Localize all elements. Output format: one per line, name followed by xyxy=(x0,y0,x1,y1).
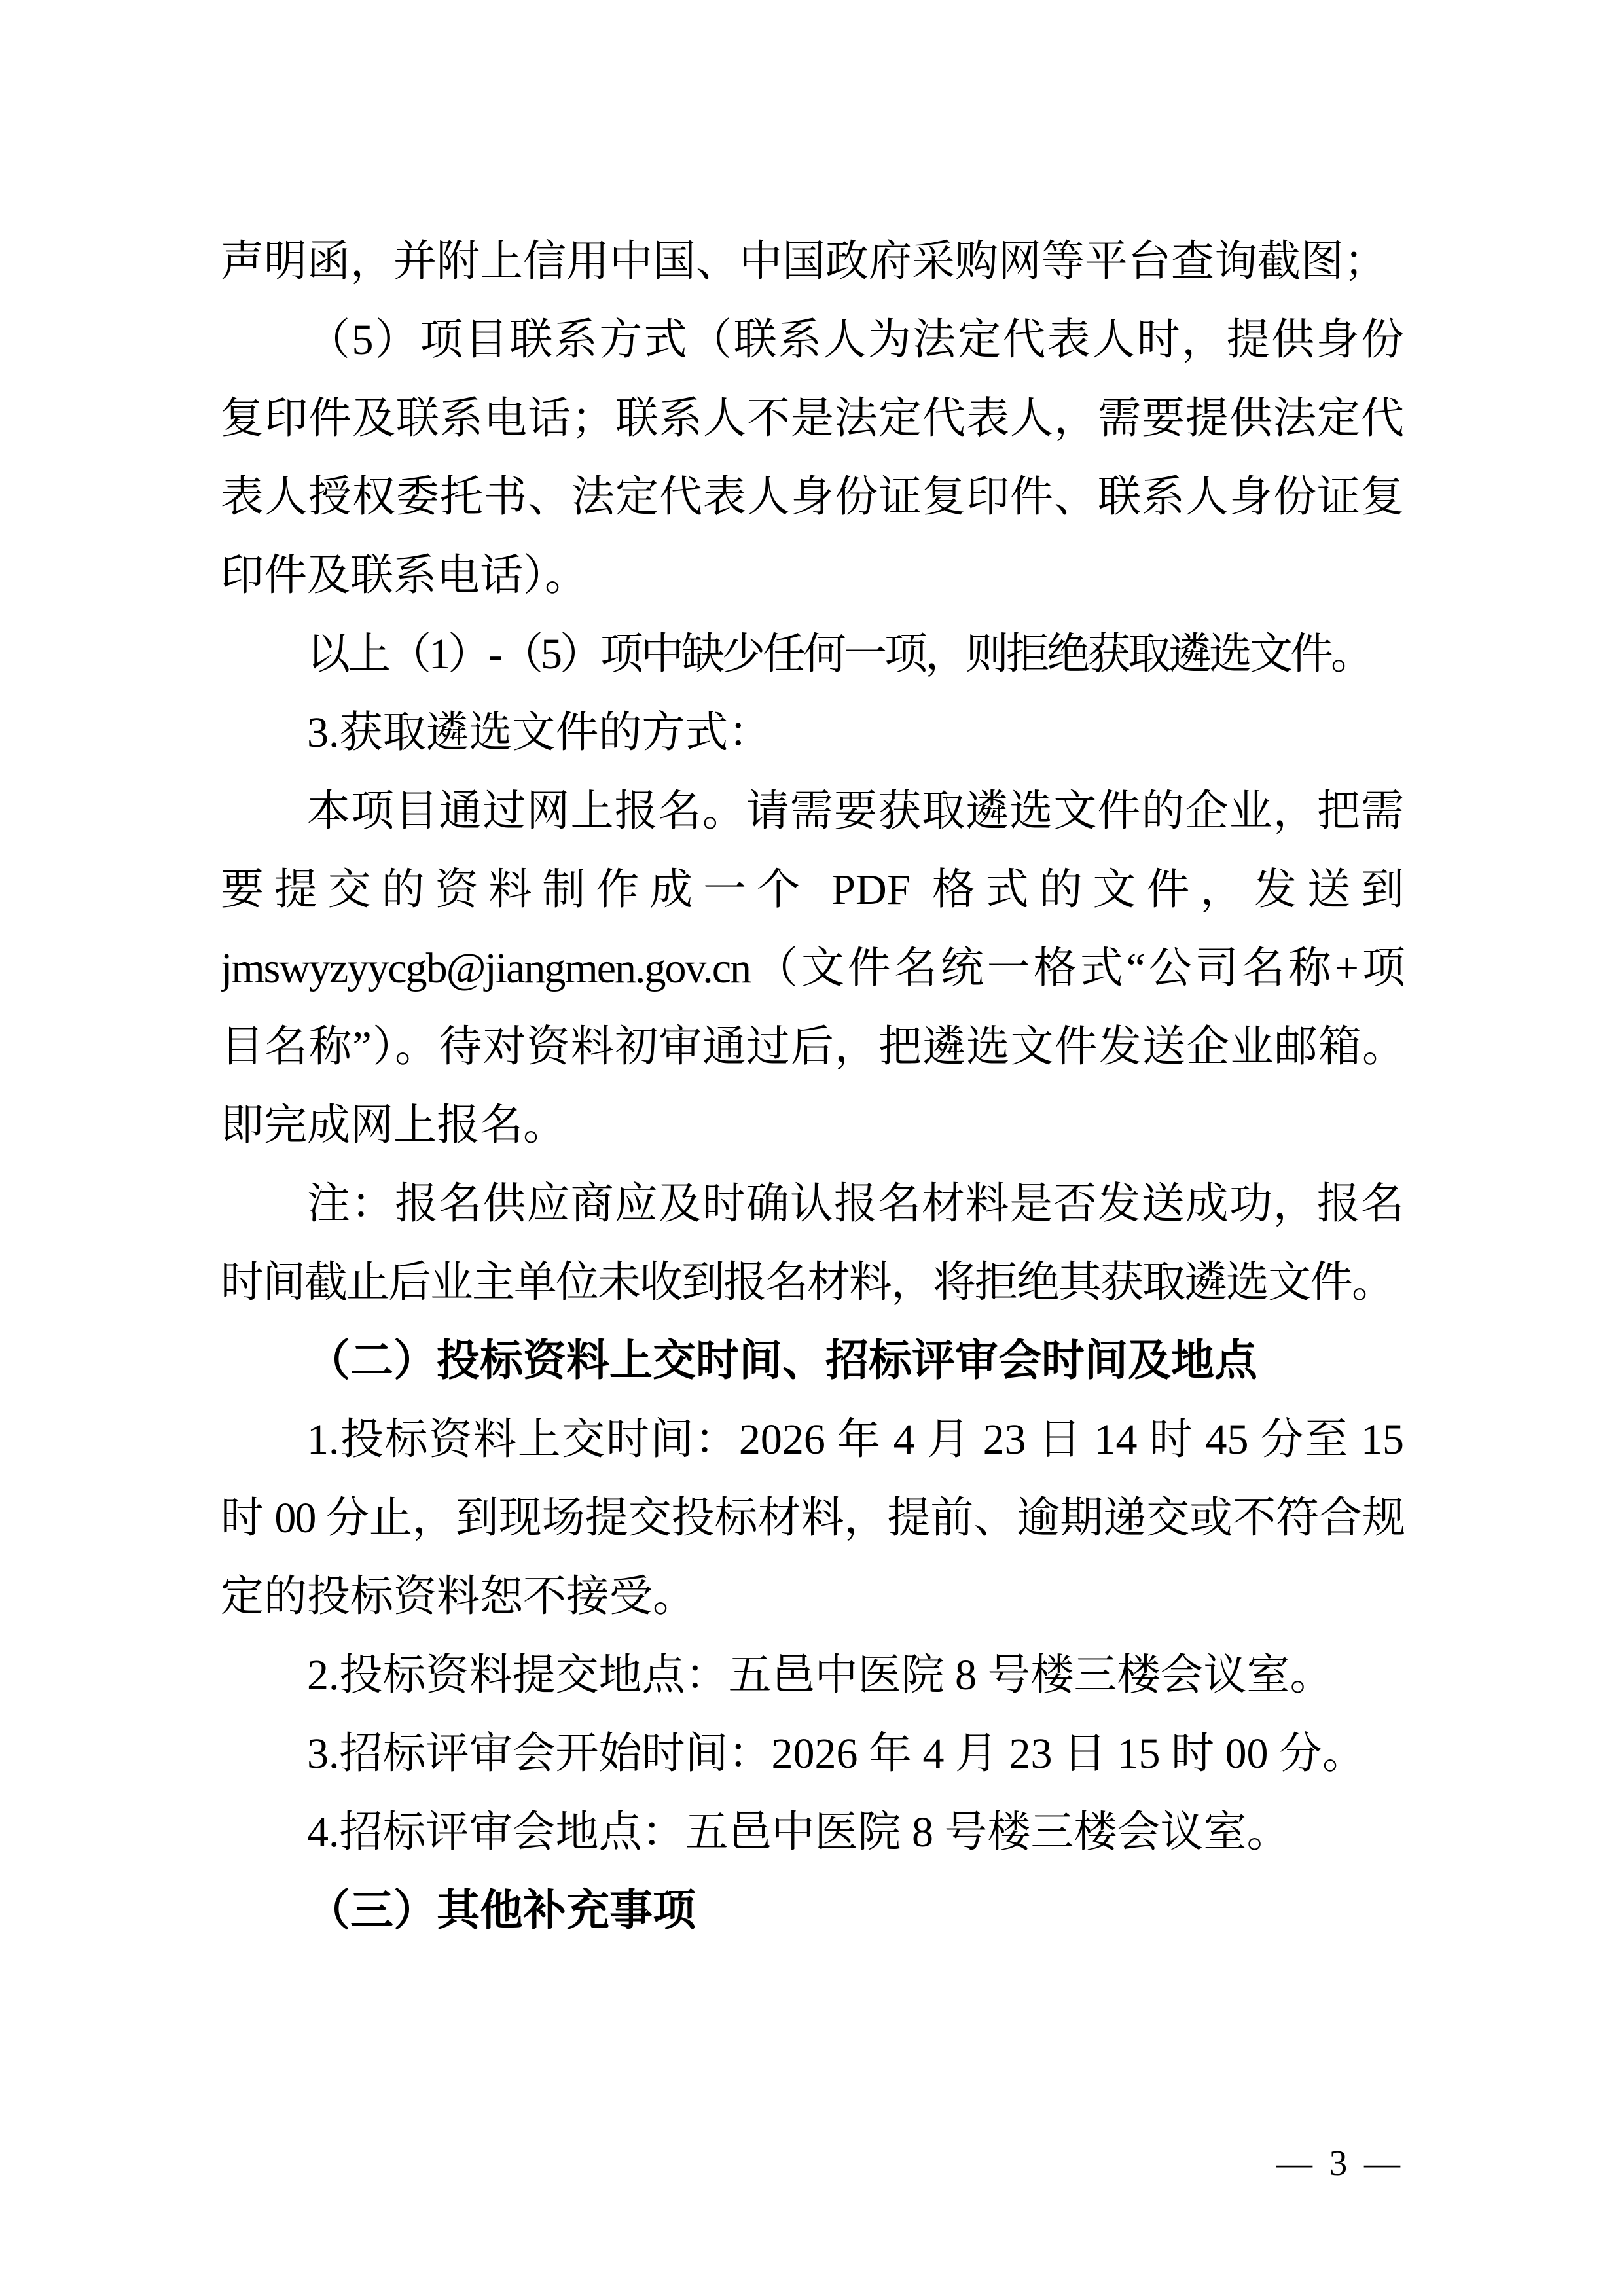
text-line: 即完成网上报名。 xyxy=(221,1086,1404,1165)
section-heading-2: （二）投标资料上交时间、招标评审会时间及地点 xyxy=(221,1322,1404,1401)
text-line: 目名称”）。待对资料初审通过后，把遴选文件发送企业邮箱。 xyxy=(221,1008,1404,1086)
text-line-item-3-title: 3.获取遴选文件的方式： xyxy=(221,694,1404,772)
text-line: 表人授权委托书、法定代表人身份证复印件、联系人身份证复 xyxy=(221,458,1404,537)
text-line: 时间截止后业主单位未收到报名材料，将拒绝其获取遴选文件。 xyxy=(221,1244,1404,1322)
text-line: 本项目通过网上报名。请需要获取遴选文件的企业，把需 xyxy=(221,772,1404,851)
section-heading-3: （三）其他补充事项 xyxy=(221,1872,1404,1950)
text-line-time-submit: 1.投标资料上交时间：2026 年 4 月 23 日 14 时 45 分至 15 xyxy=(221,1401,1404,1479)
text-line-review-place: 4.招标评审会地点：五邑中医院 8 号楼三楼会议室。 xyxy=(221,1793,1404,1872)
document-page: 声明函，并附上信用中国、中国政府采购网等平台查询截图； （5）项目联系方式（联系… xyxy=(0,0,1624,2296)
document-body-text: 声明函，并附上信用中国、中国政府采购网等平台查询截图； （5）项目联系方式（联系… xyxy=(221,223,1404,1950)
text-line-item-5: （5）项目联系方式（联系人为法定代表人时，提供身份证 xyxy=(221,301,1404,380)
text-line-review-time: 3.招标评审会开始时间：2026 年 4 月 23 日 15 时 00 分。 xyxy=(221,1715,1404,1793)
text-line: 声明函，并附上信用中国、中国政府采购网等平台查询截图； xyxy=(221,223,1404,301)
text-line: 定的投标资料恕不接受。 xyxy=(221,1558,1404,1636)
text-line: 要提交的资料制作成一个 PDF 格式的文件，发送到 xyxy=(221,851,1404,929)
page-number: — 3 — xyxy=(221,2124,1404,2202)
text-line-email: jmswyzyycgb@jiangmen.gov.cn（文件名统一格式“公司名称… xyxy=(221,929,1404,1008)
text-line: 时 00 分止，到现场提交投标材料，提前、逾期递交或不符合规 xyxy=(221,1479,1404,1558)
text-line: 复印件及联系电话；联系人不是法定代表人，需要提供法定代 xyxy=(221,380,1404,458)
text-line-note-items: 以上（1）-（5）项中缺少任何一项，则拒绝获取遴选文件。 xyxy=(221,615,1404,694)
text-line-place-submit: 2.投标资料提交地点：五邑中医院 8 号楼三楼会议室。 xyxy=(221,1636,1404,1715)
text-line-note: 注：报名供应商应及时确认报名材料是否发送成功，报名 xyxy=(221,1165,1404,1244)
text-line: 印件及联系电话）。 xyxy=(221,537,1404,615)
